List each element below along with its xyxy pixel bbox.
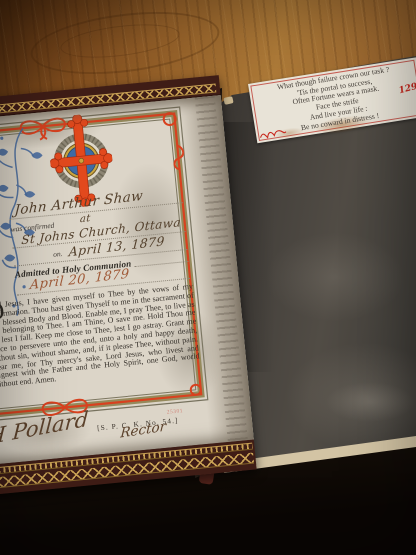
album-left-cover: John Arthur Shaw was confirmed at St Joh… [0,75,257,496]
photo-of-open-album: What though failure crown our task ? 'Ti… [0,0,416,555]
paper-edge-shading [0,95,254,466]
confirmation-certificate: John Arthur Shaw was confirmed at St Joh… [0,95,254,466]
page-smudge [325,382,415,422]
page-smudge [265,232,405,322]
